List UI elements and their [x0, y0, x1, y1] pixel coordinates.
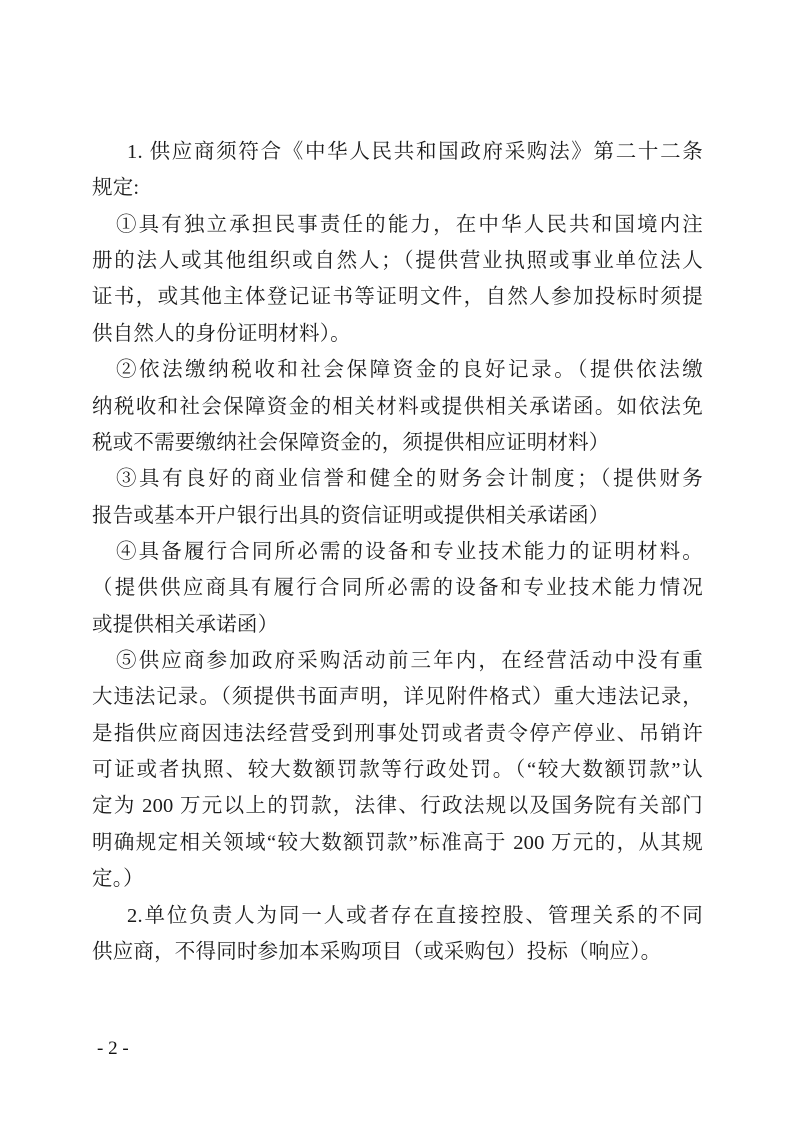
paragraph-line: ②依法缴纳税收和社会保障资金的良好记录。（提供依法缴 — [92, 352, 703, 388]
paragraph-line: 供应商，不得同时参加本采购项目（或采购包）投标（响应）。 — [92, 934, 703, 970]
paragraph-line: 是指供应商因违法经营受到刑事处罚或者责令停产停业、吊销许 — [92, 716, 703, 752]
paragraph-item-circle-4: ④具备履行合同所必需的设备和专业技术能力的证明材料。 （提供供应商具有履行合同所… — [92, 534, 703, 643]
paragraph-item-circle-5: ⑤供应商参加政府采购活动前三年内，在经营活动中没有重 大违法记录。（须提供书面声… — [92, 643, 703, 898]
paragraph-line: 册的法人或其他组织或自然人；（提供营业执照或事业单位法人 — [92, 243, 703, 279]
paragraph-line: 2.单位负责人为同一人或者存在直接控股、管理关系的不同 — [92, 898, 703, 934]
paragraph-item-circle-3: ③具有良好的商业信誉和健全的财务会计制度；（提供财务 报告或基本开户银行出具的资… — [92, 461, 703, 534]
paragraph-line: 供自然人的身份证明材料）。 — [92, 316, 703, 352]
paragraph-line: 定。） — [92, 861, 703, 897]
paragraph-line: ⑤供应商参加政府采购活动前三年内，在经营活动中没有重 — [92, 643, 703, 679]
paragraph-line: 税或不需要缴纳社会保障资金的，须提供相应证明材料） — [92, 425, 703, 461]
paragraph-line: 明确规定相关领域“较大数额罚款”标准高于 200 万元的，从其规 — [92, 825, 703, 861]
document-page: 1. 供应商须符合《中华人民共和国政府采购法》第二十二条 规定: ①具有独立承担… — [0, 0, 793, 1122]
paragraph-line: 报告或基本开户银行出具的资信证明或提供相关承诺函） — [92, 498, 703, 534]
page-number: - 2 - — [97, 1038, 129, 1060]
paragraph-line: 证书，或其他主体登记证书等证明文件，自然人参加投标时须提 — [92, 279, 703, 315]
paragraph-item-circle-1: ①具有独立承担民事责任的能力，在中华人民共和国境内注 册的法人或其他组织或自然人… — [92, 207, 703, 352]
paragraph-line: ③具有良好的商业信誉和健全的财务会计制度；（提供财务 — [92, 461, 703, 497]
paragraph-line: 大违法记录。（须提供书面声明，详见附件格式）重大违法记录， — [92, 679, 703, 715]
paragraph-clause-1-intro: 1. 供应商须符合《中华人民共和国政府采购法》第二十二条 规定: — [92, 134, 703, 207]
paragraph-line: 可证或者执照、较大数额罚款等行政处罚。（“较大数额罚款”认 — [92, 752, 703, 788]
paragraph-line: 或提供相关承诺函） — [92, 607, 703, 643]
paragraph-clause-2: 2.单位负责人为同一人或者存在直接控股、管理关系的不同 供应商，不得同时参加本采… — [92, 898, 703, 971]
paragraph-line: （提供供应商具有履行合同所必需的设备和专业技术能力情况 — [92, 570, 703, 606]
paragraph-line: ①具有独立承担民事责任的能力，在中华人民共和国境内注 — [92, 207, 703, 243]
paragraph-line: 1. 供应商须符合《中华人民共和国政府采购法》第二十二条 — [92, 134, 703, 170]
paragraph-line: 规定: — [92, 170, 703, 206]
paragraph-line: 定为 200 万元以上的罚款，法律、行政法规以及国务院有关部门 — [92, 788, 703, 824]
document-body: 1. 供应商须符合《中华人民共和国政府采购法》第二十二条 规定: ①具有独立承担… — [92, 134, 703, 970]
paragraph-line: 纳税收和社会保障资金的相关材料或提供相关承诺函。如依法免 — [92, 389, 703, 425]
paragraph-item-circle-2: ②依法缴纳税收和社会保障资金的良好记录。（提供依法缴 纳税收和社会保障资金的相关… — [92, 352, 703, 461]
paragraph-line: ④具备履行合同所必需的设备和专业技术能力的证明材料。 — [92, 534, 703, 570]
